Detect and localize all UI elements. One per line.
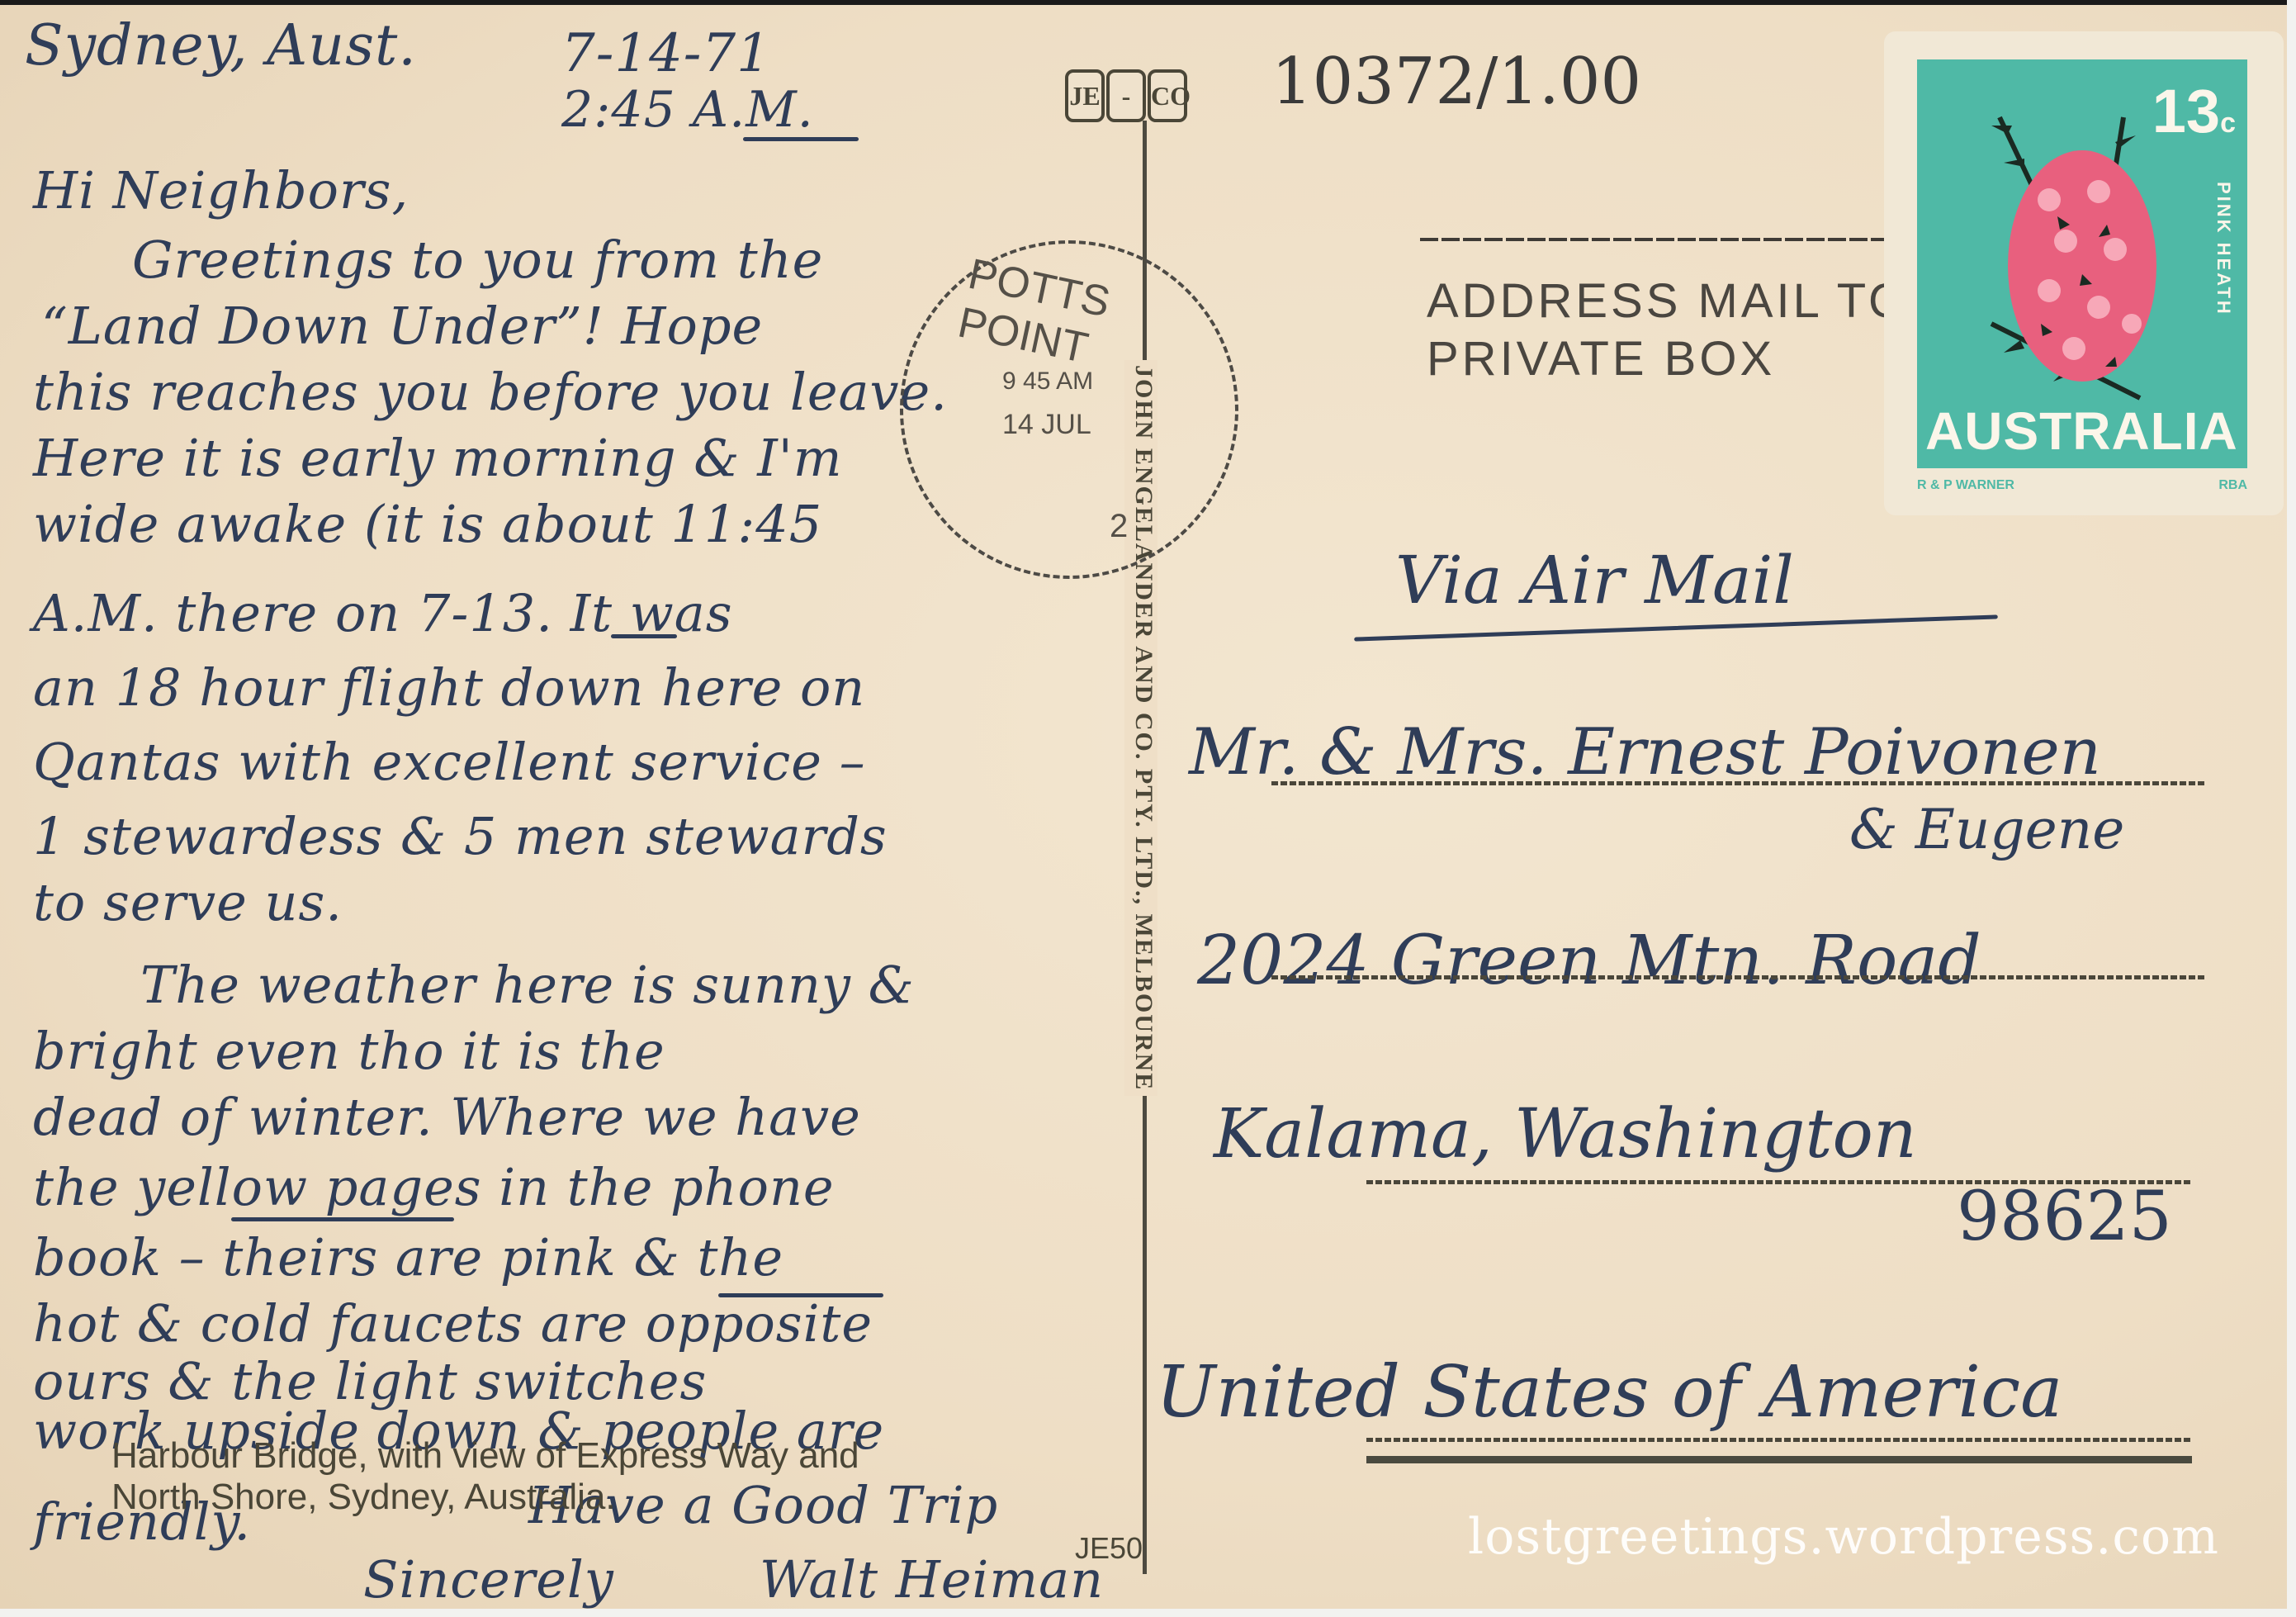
slogan-line-1: ADDRESS MAIL TO <box>1427 273 1909 329</box>
air-mail-underline <box>1354 614 1998 641</box>
pink-heath-flower-icon <box>1975 109 2173 406</box>
message-line: this reaches you before you leave. <box>33 362 948 422</box>
message-line: “Land Down Under”! Hope <box>41 296 763 356</box>
address-line-1 <box>1271 781 2204 785</box>
recipient-additional: & Eugene <box>1849 798 2124 861</box>
message-line: an 18 hour flight down here on <box>33 657 865 718</box>
stamp-design: 13c PINK HE <box>1917 59 2247 468</box>
signature: Walt Heiman <box>760 1549 1104 1610</box>
postmark: POTTS POINT 9 45 AM 14 JUL 2 <box>900 240 1238 579</box>
logo-dash: - <box>1106 69 1146 122</box>
postmark-town: POTTS POINT <box>954 249 1243 403</box>
message-line: bright even tho it is the <box>33 1021 665 1081</box>
message-line: dead of winter. Where we have <box>33 1087 861 1147</box>
publisher-logo: JE - CO <box>1065 69 1187 122</box>
stamp-flower-name: PINK HEATH <box>2213 182 2234 316</box>
message-line: Greetings to you from the <box>132 230 823 290</box>
address-line-final <box>1366 1456 2192 1463</box>
street-address: 2024 Green Mtn. Road <box>1197 922 1981 1000</box>
message-line: book – theirs are pink & the <box>33 1227 783 1287</box>
header-date: 7-14-71 <box>561 23 771 84</box>
postmark-date: 14 JUL <box>1002 409 1091 441</box>
watermark: lostgreetings.wordpress.com <box>1468 1508 2219 1566</box>
stamp-designer: R & P WARNER <box>1917 478 2014 493</box>
caption-line-2: North Shore, Sydney, Australia. <box>111 1477 616 1518</box>
postcard-back: Sydney, Aust. 7-14-71 2:45 A.M. 10372/1.… <box>0 0 2287 1609</box>
logo-letters-je: JE <box>1065 69 1105 122</box>
inventory-note: 10372/1.00 <box>1271 45 1641 119</box>
date-underline <box>611 634 677 638</box>
slogan-line-2: PRIVATE BOX <box>1427 331 1775 386</box>
stamp-country: AUSTRALIA <box>1925 401 2238 462</box>
recipient-name: Mr. & Mrs. Ernest Poivonen <box>1189 715 2101 790</box>
stamp-printer: RBA <box>2218 478 2247 493</box>
card-code: JE50 <box>1075 1531 1143 1566</box>
message-line: to serve us. <box>33 872 343 932</box>
address-line-4 <box>1366 1438 2192 1442</box>
time-underline <box>743 137 859 141</box>
message-line: the yellow pages in the phone <box>33 1157 835 1217</box>
message-line: The weather here is sunny & <box>140 955 915 1015</box>
message-line: 1 stewardess & 5 men stewards <box>33 806 888 866</box>
city-state: Kalama, Washington <box>1214 1095 1917 1174</box>
header-place: Sydney, Aust. <box>25 13 417 78</box>
message-line: wide awake (it is about 11:45 <box>33 494 822 554</box>
postmark-state: 2 <box>1110 508 1128 545</box>
logo-letters-co: CO <box>1148 69 1187 122</box>
message-line: Qantas with excellent service – <box>33 732 866 792</box>
country: United States of America <box>1156 1351 2062 1434</box>
caption-line-1: Harbour Bridge, with view of Express Way… <box>111 1435 859 1477</box>
address-line-2 <box>1271 975 2204 979</box>
message-line: hot & cold faucets are opposite <box>33 1293 873 1354</box>
postmark-time: 9 45 AM <box>1002 367 1093 396</box>
message-line: Here it is early morning & I'm <box>33 428 843 488</box>
zip-code: 98625 <box>1957 1178 2172 1256</box>
yellow-underline <box>231 1217 454 1221</box>
message-line: Hi Neighbors, <box>33 160 409 220</box>
postage-stamp: 13c PINK HE <box>1891 38 2277 509</box>
closing: Sincerely <box>363 1549 614 1610</box>
header-time: 2:45 A.M. <box>561 81 814 139</box>
via-air-mail: Via Air Mail <box>1395 542 1794 619</box>
